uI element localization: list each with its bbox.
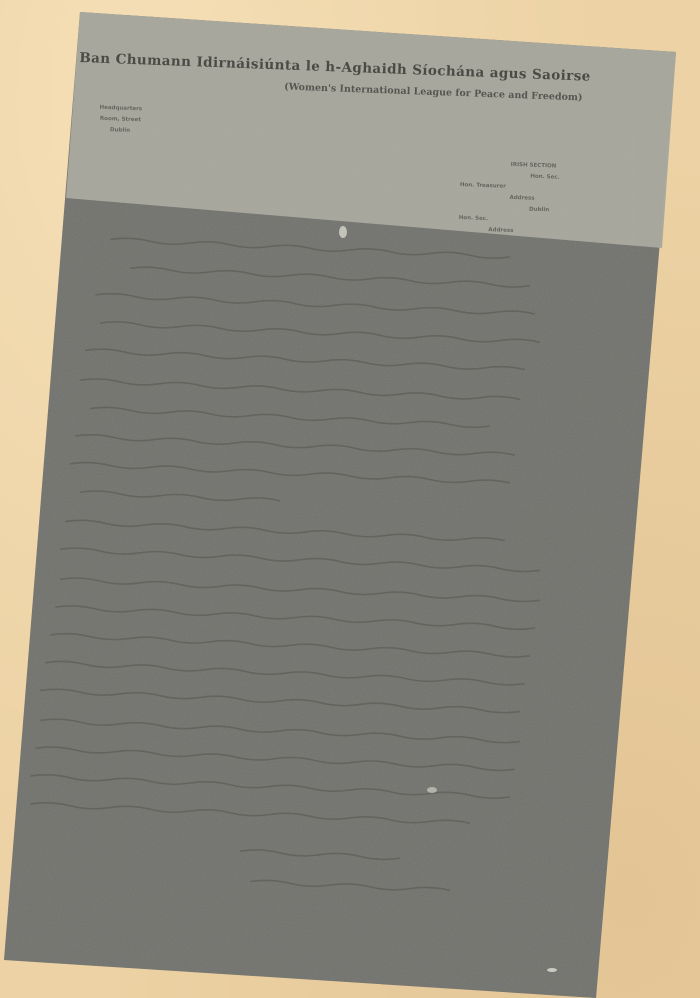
speck: [339, 226, 347, 238]
letter-sheet: [0, 0, 700, 998]
speck: [547, 968, 557, 972]
speck: [427, 787, 437, 793]
photo-background: Ban Chumann Idirnáisiúnta le h-Aghaidh S…: [0, 0, 700, 998]
